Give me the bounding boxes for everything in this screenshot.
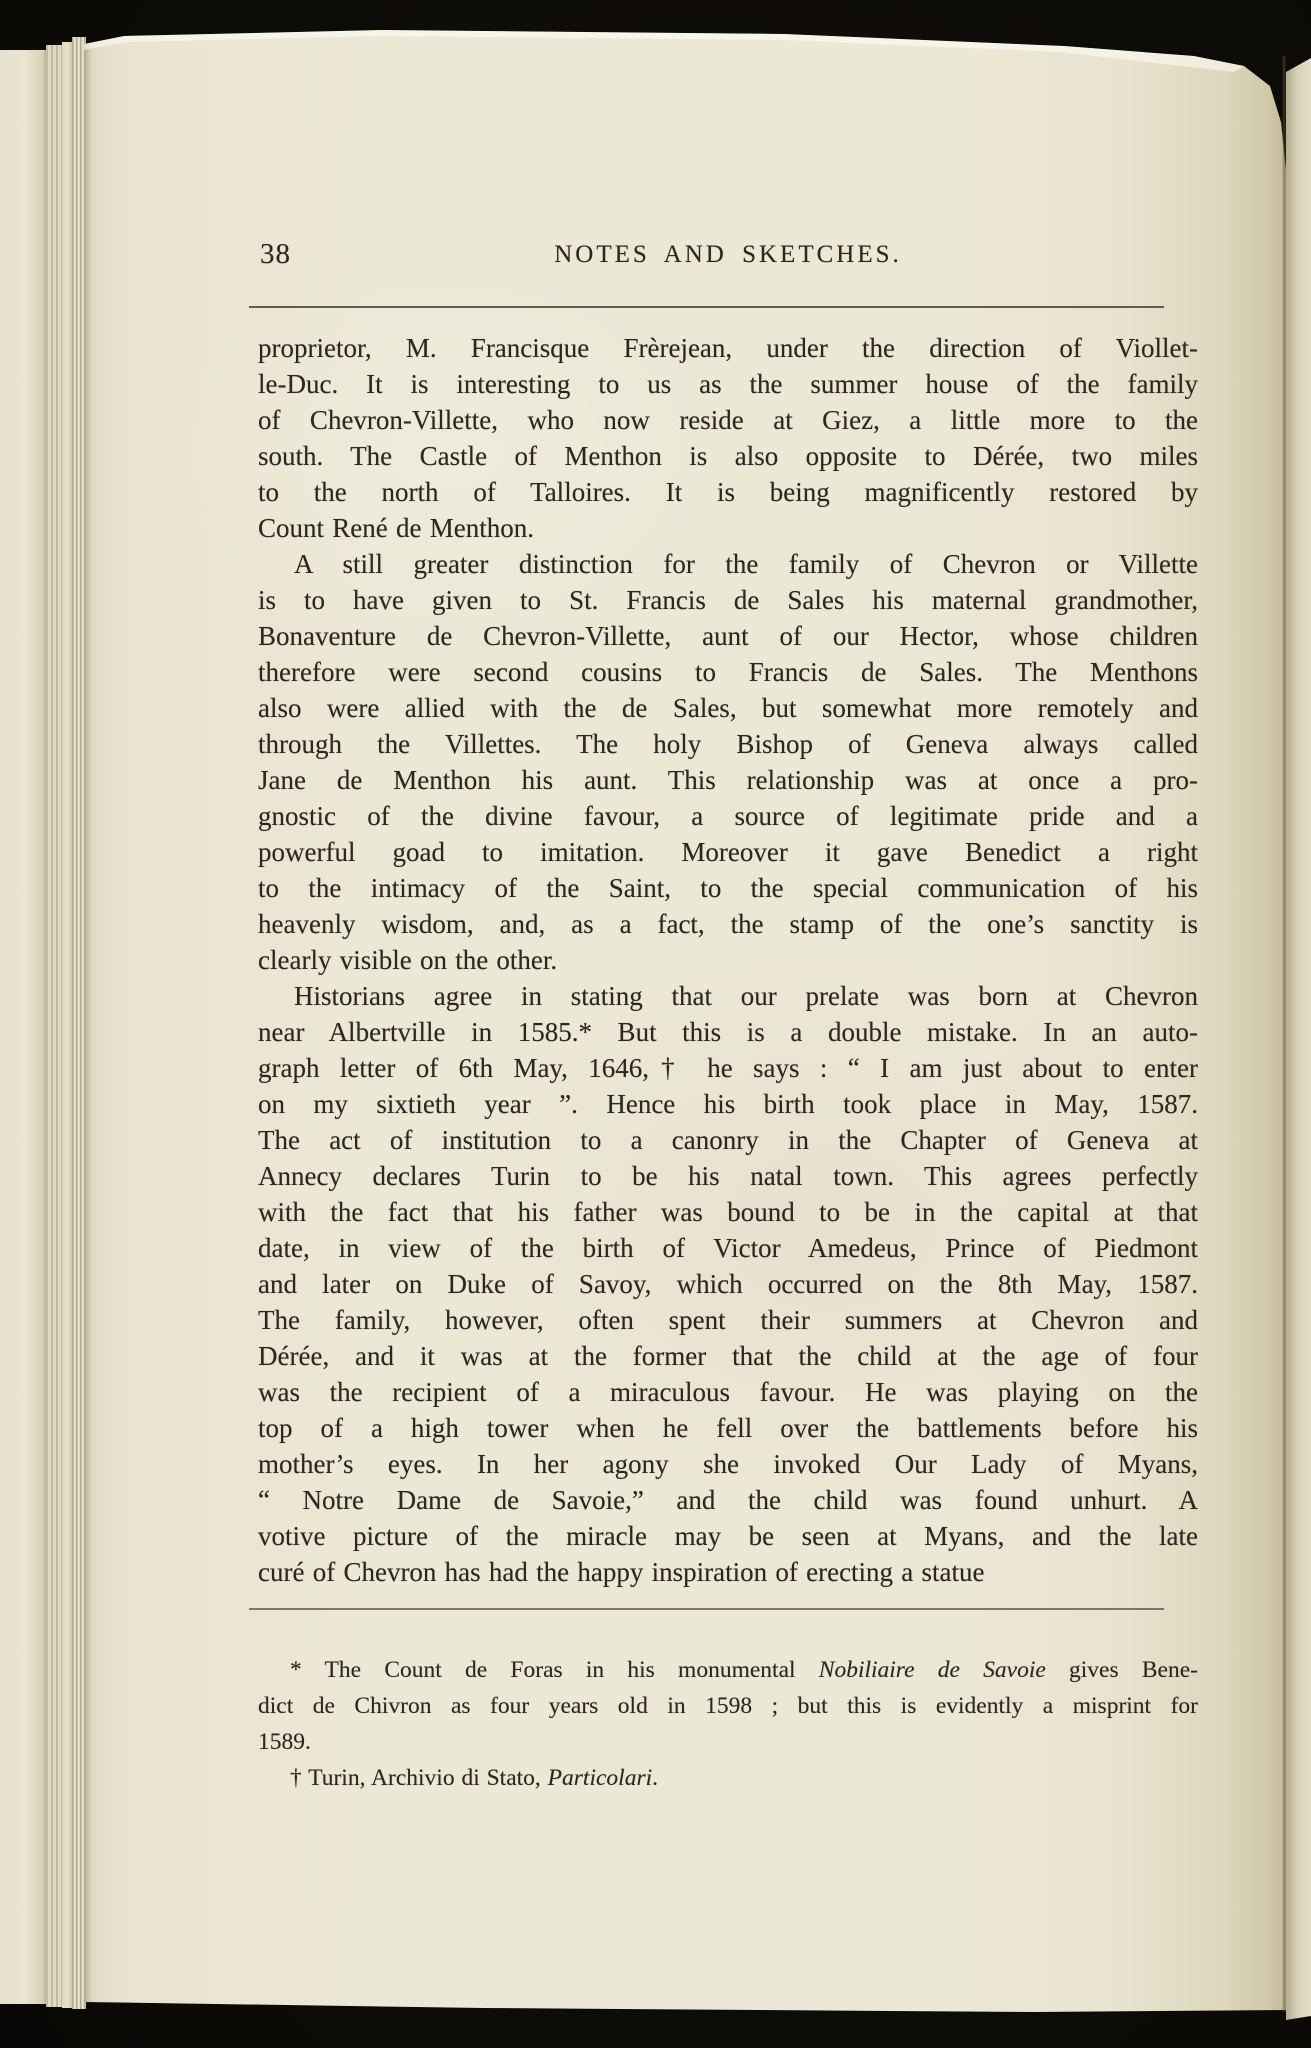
text-line: was the recipient of a miraculous favour… xyxy=(258,1374,1198,1410)
body-paragraph: Historians agree in stating that our pre… xyxy=(258,978,1198,1590)
gutter-crease xyxy=(1282,56,1286,2012)
text-line: Jane de Menthon his aunt. This relations… xyxy=(258,762,1198,798)
book-page: 38 NOTES AND SKETCHES. proprietor, M. Fr… xyxy=(84,0,1286,2048)
text-line: top of a high tower when he fell over th… xyxy=(258,1410,1198,1446)
text-line: powerful goad to imitation. Moreover it … xyxy=(258,834,1198,870)
text-line: on my sixtieth year ”. Hence his birth t… xyxy=(258,1086,1198,1122)
text-line: and later on Duke of Savoy, which occurr… xyxy=(258,1266,1198,1302)
text-line: The act of institution to a canonry in t… xyxy=(258,1122,1198,1158)
page-edge-stack xyxy=(46,45,62,2007)
text-line: The family, however, often spent their s… xyxy=(258,1302,1198,1338)
text-line: also were allied with the de Sales, but … xyxy=(258,690,1198,726)
text-line: votive picture of the miracle may be see… xyxy=(258,1518,1198,1554)
footnote-rule xyxy=(249,1608,1164,1610)
book-scan-background: 38 NOTES AND SKETCHES. proprietor, M. Fr… xyxy=(0,0,1311,2048)
body-paragraph: A still greater distinction for the fami… xyxy=(258,546,1198,978)
text-line: date, in view of the birth of Victor Ame… xyxy=(258,1230,1198,1266)
text-line: clearly visible on the other. xyxy=(258,942,1198,978)
text-line: heavenly wisdom, and, as a fact, the sta… xyxy=(258,906,1198,942)
text-line: is to have given to St. Francis de Sales… xyxy=(258,582,1198,618)
text-line: Annecy declares Turin to be his natal to… xyxy=(258,1158,1198,1194)
text-line: with the fact that his father was bound … xyxy=(258,1194,1198,1230)
footnote-line: dict de Chivron as four years old in 159… xyxy=(258,1688,1198,1724)
text-line: near Albertville in 1585.* But this is a… xyxy=(258,1014,1198,1050)
text-line: curé of Chevron has had the happy inspir… xyxy=(258,1554,1198,1590)
header-rule xyxy=(249,306,1164,308)
text-line: “ Notre Dame de Savoie,” and the child w… xyxy=(258,1482,1198,1518)
text-line: to the north of Talloires. It is being m… xyxy=(258,474,1198,510)
footnote-line: † Turin, Archivio di Stato, Particolari. xyxy=(258,1760,1198,1796)
footnote-line: * The Count de Foras in his monumental N… xyxy=(258,1652,1198,1688)
text-line: therefore were second cousins to Francis… xyxy=(258,654,1198,690)
facing-page-edge xyxy=(1286,0,1311,2048)
page-edge-stack xyxy=(62,42,72,2008)
text-line: graph letter of 6th May, 1646,† he says … xyxy=(258,1050,1198,1086)
footnote-text-segment: * The Count de Foras in his monumental xyxy=(290,1657,819,1683)
footnote-text-segment: † Turin, Archivio di Stato, xyxy=(290,1765,548,1791)
text-line: gnostic of the divine favour, a source o… xyxy=(258,798,1198,834)
body-paragraph: proprietor, M. Francisque Frèrejean, und… xyxy=(258,330,1198,546)
footnote-italic-title: Nobiliaire de Savoie xyxy=(819,1657,1046,1683)
text-line: of Chevron-Villette, who now reside at G… xyxy=(258,402,1198,438)
footnote-text-segment: gives Bene- xyxy=(1046,1657,1198,1683)
text-line: Historians agree in stating that our pre… xyxy=(258,978,1198,1014)
footnotes: * The Count de Foras in his monumental N… xyxy=(258,1652,1198,1796)
text-line: proprietor, M. Francisque Frèrejean, und… xyxy=(258,330,1198,366)
text-line: to the intimacy of the Saint, to the spe… xyxy=(258,870,1198,906)
text-line: Bonaventure de Chevron-Villette, aunt of… xyxy=(258,618,1198,654)
text-line: Count René de Menthon. xyxy=(258,510,1198,546)
page-edge-stack xyxy=(72,37,86,2009)
footnote-italic-title: Particolari xyxy=(548,1765,652,1791)
text-line: A still greater distinction for the fami… xyxy=(258,546,1198,582)
page-body: proprietor, M. Francisque Frèrejean, und… xyxy=(258,330,1198,1590)
text-line: le-Duc. It is interesting to us as the s… xyxy=(258,366,1198,402)
page-edge-stack xyxy=(0,50,46,2004)
text-line: south. The Castle of Menthon is also opp… xyxy=(258,438,1198,474)
page-header: 38 NOTES AND SKETCHES. xyxy=(258,238,1198,272)
running-header: NOTES AND SKETCHES. xyxy=(258,241,1198,269)
text-line: Dérée, and it was at the former that the… xyxy=(258,1338,1198,1374)
text-line: mother’s eyes. In her agony she invoked … xyxy=(258,1446,1198,1482)
footnote-line: 1589. xyxy=(258,1724,1198,1760)
footnote-text-segment: . xyxy=(652,1765,658,1791)
text-line: through the Villettes. The holy Bishop o… xyxy=(258,726,1198,762)
